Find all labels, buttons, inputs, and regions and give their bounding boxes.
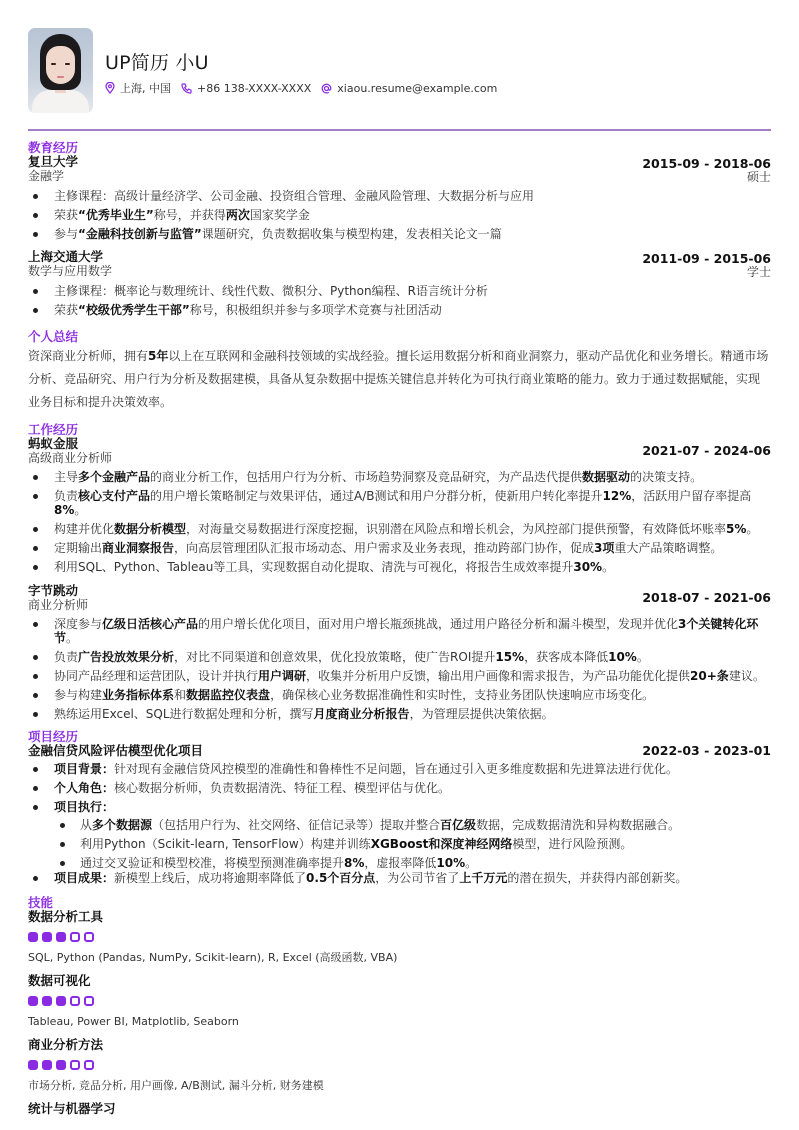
bullet-item: 项目执行： 从多个数据源（包括用户行为、社交网络、征信记录等）提取并整合百亿级数…	[28, 800, 771, 870]
job-title: 高级商业分析师	[28, 451, 112, 465]
bullet-item: 利用SQL、Python、Tableau等工具，实现数据自动化提取、清洗与可视化…	[28, 560, 771, 574]
rating-dot-empty	[70, 996, 80, 1006]
school-name: 复旦大学	[28, 155, 78, 169]
bullet-item: 主修课程：高级计量经济学、公司金融、投资组合管理、金融风险管理、大数据分析与应用	[28, 189, 771, 203]
rating-dot-empty	[70, 1060, 80, 1070]
date-range: 2022-03 - 2023-01	[642, 744, 771, 758]
rating-dot-filled	[42, 996, 52, 1006]
bullet-item: 主修课程：概率论与数理统计、线性代数、微积分、Python编程、R语言统计分析	[28, 284, 771, 298]
bullet-item: 深度参与亿级日活核心产品的用户增长优化项目，面对用户增长瓶颈挑战，通过用户路径分…	[28, 617, 771, 645]
summary-section: 个人总结 资深商业分析师，拥有5年以上在互联网和金融科技领域的实战经验。擅长运用…	[28, 329, 771, 414]
bullet-item: 项目背景：针对现有金融信贷风控模型的准确性和鲁棒性不足问题，旨在通过引入更多维度…	[28, 762, 771, 776]
skill-item: 数据分析工具 SQL, Python (Pandas, NumPy, Sciki…	[28, 910, 771, 964]
bullet-item: 荣获“校级优秀学生干部”称号，积极组织并参与多项学术竞赛与社团活动	[28, 303, 771, 317]
rating-dot-filled	[28, 932, 38, 942]
header-divider	[28, 129, 771, 131]
skill-item: 数据可视化 Tableau, Power BI, Matplotlib, Sea…	[28, 974, 771, 1028]
skill-level-rating	[28, 932, 771, 942]
section-title-education: 教育经历	[28, 140, 771, 155]
candidate-name: UP简历 小U	[105, 48, 507, 74]
resume-page: UP简历 小U 上海, 中国 +86 138-XXXX-XXXX xiaou.r…	[0, 0, 799, 1130]
sub-bullet-item: 从多个数据源（包括用户行为、社交网络、征信记录等）提取并整合百亿级数据，完成数据…	[54, 818, 771, 832]
skill-item: 商业分析方法 市场分析, 竞品分析, 用户画像, A/B测试, 漏斗分析, 财务…	[28, 1038, 771, 1092]
project-entry: 金融信贷风险评估模型优化项目 2022-03 - 2023-01 项目背景：针对…	[28, 744, 771, 885]
rating-dot-filled	[28, 1060, 38, 1070]
email-text[interactable]: xiaou.resume@example.com	[337, 82, 497, 95]
company-name: 字节跳动	[28, 584, 88, 598]
date-range: 2021-07 - 2024-06	[642, 444, 771, 458]
location-text: 上海, 中国	[120, 80, 171, 96]
contact-info: 上海, 中国 +86 138-XXXX-XXXX xiaou.resume@ex…	[105, 80, 507, 96]
work-entry: 字节跳动 商业分析师 2018-07 - 2021-06 深度参与亿级日活核心产…	[28, 584, 771, 721]
date-range: 2018-07 - 2021-06	[642, 591, 771, 605]
bullet-item: 负责核心支付产品的用户增长策略制定与效果评估，通过A/B测试和用户分群分析，使新…	[28, 489, 771, 517]
date-range: 2011-09 - 2015-06	[642, 252, 771, 266]
work-entry: 蚂蚁金服 高级商业分析师 2021-07 - 2024-06 主导多个金融产品的…	[28, 437, 771, 574]
contact-phone: +86 138-XXXX-XXXX	[181, 82, 311, 95]
location-pin-icon	[105, 82, 115, 94]
section-title-work: 工作经历	[28, 422, 771, 437]
education-section: 教育经历 复旦大学 金融学 2015-09 - 2018-06 硕士 主修课程：…	[28, 140, 771, 317]
bullet-item: 构建并优化数据分析模型，对海量交易数据进行深度挖掘，识别潜在风险点和增长机会，为…	[28, 522, 771, 536]
section-title-skills: 技能	[28, 895, 771, 910]
rating-dot-empty	[70, 932, 80, 942]
skill-name: 数据分析工具	[28, 910, 771, 924]
skill-description: Tableau, Power BI, Matplotlib, Seaborn	[28, 1015, 771, 1028]
rating-dot-filled	[28, 996, 38, 1006]
resume-content: 教育经历 复旦大学 金融学 2015-09 - 2018-06 硕士 主修课程：…	[28, 140, 771, 1116]
skill-description: SQL, Python (Pandas, NumPy, Scikit-learn…	[28, 951, 771, 964]
skill-level-rating	[28, 1060, 771, 1070]
degree: 硕士	[642, 171, 771, 184]
rating-dot-empty	[84, 1060, 94, 1070]
job-title: 商业分析师	[28, 598, 88, 612]
skill-item: 统计与机器学习	[28, 1102, 771, 1116]
summary-text: 资深商业分析师，拥有5年以上在互联网和金融科技领域的实战经验。擅长运用数据分析和…	[28, 345, 771, 414]
rating-dot-filled	[42, 932, 52, 942]
bullet-item: 项目成果：新模型上线后，成功将逾期率降低了0.5个百分点，为公司节省了上千万元的…	[28, 871, 771, 885]
sub-bullet-item: 利用Python（Scikit-learn, TensorFlow）构建并训练X…	[54, 837, 771, 851]
skill-name: 商业分析方法	[28, 1038, 771, 1052]
contact-location: 上海, 中国	[105, 80, 171, 96]
bullet-item: 主导多个金融产品的商业分析工作，包括用户行为分析、市场趋势洞察及竞品研究，为产品…	[28, 470, 771, 484]
project-name: 金融信贷风险评估模型优化项目	[28, 744, 203, 758]
section-title-projects: 项目经历	[28, 729, 771, 744]
bullet-item: 协同产品经理和运营团队，设计并执行用户调研，收集并分析用户反馈，输出用户画像和需…	[28, 669, 771, 683]
skill-name: 统计与机器学习	[28, 1102, 771, 1116]
education-entry: 复旦大学 金融学 2015-09 - 2018-06 硕士 主修课程：高级计量经…	[28, 155, 771, 241]
company-name: 蚂蚁金服	[28, 437, 112, 451]
rating-dot-empty	[84, 932, 94, 942]
at-sign-icon	[321, 83, 332, 94]
skill-name: 数据可视化	[28, 974, 771, 988]
resume-header: UP简历 小U 上海, 中国 +86 138-XXXX-XXXX xiaou.r…	[28, 28, 507, 114]
education-entry: 上海交通大学 数学与应用数学 2011-09 - 2015-06 学士 主修课程…	[28, 250, 771, 317]
bullet-item: 参与“金融科技创新与监管”课题研究，负责数据收集与模型构建，发表相关论文一篇	[28, 227, 771, 241]
contact-email[interactable]: xiaou.resume@example.com	[321, 82, 497, 95]
skill-level-rating	[28, 996, 771, 1006]
skill-description: 市场分析, 竞品分析, 用户画像, A/B测试, 漏斗分析, 财务建模	[28, 1079, 771, 1092]
skills-section: 技能 数据分析工具 SQL, Python (Pandas, NumPy, Sc…	[28, 895, 771, 1116]
phone-text: +86 138-XXXX-XXXX	[197, 82, 311, 95]
bullet-item: 熟练运用Excel、SQL进行数据处理和分析，撰写月度商业分析报告，为管理层提供…	[28, 707, 771, 721]
rating-dot-filled	[56, 932, 66, 942]
bullet-item: 参与构建业务指标体系和数据监控仪表盘，确保核心业务数据准确性和实时性，支持业务团…	[28, 688, 771, 702]
rating-dot-filled	[56, 996, 66, 1006]
major: 数学与应用数学	[28, 264, 112, 278]
degree: 学士	[642, 266, 771, 279]
bullet-item: 负责广告投放效果分析，对比不同渠道和创意效果，优化投放策略，使广告ROI提升15…	[28, 650, 771, 664]
work-section: 工作经历 蚂蚁金服 高级商业分析师 2021-07 - 2024-06 主导多个…	[28, 422, 771, 721]
major: 金融学	[28, 169, 78, 183]
phone-icon	[181, 83, 192, 94]
rating-dot-filled	[56, 1060, 66, 1070]
profile-photo	[28, 28, 93, 113]
date-range: 2015-09 - 2018-06	[642, 157, 771, 171]
bullet-item: 荣获“优秀毕业生”称号，并获得两次国家奖学金	[28, 208, 771, 222]
section-title-summary: 个人总结	[28, 329, 771, 344]
rating-dot-filled	[42, 1060, 52, 1070]
bullet-item: 定期输出商业洞察报告，向高层管理团队汇报市场动态、用户需求及业务表现，推动跨部门…	[28, 541, 771, 555]
sub-bullet-item: 通过交叉验证和模型校准，将模型预测准确率提升8%，虚报率降低10%。	[54, 856, 771, 870]
rating-dot-empty	[84, 996, 94, 1006]
bullet-item: 个人角色：核心数据分析师，负责数据清洗、特征工程、模型评估与优化。	[28, 781, 771, 795]
school-name: 上海交通大学	[28, 250, 112, 264]
projects-section: 项目经历 金融信贷风险评估模型优化项目 2022-03 - 2023-01 项目…	[28, 729, 771, 885]
